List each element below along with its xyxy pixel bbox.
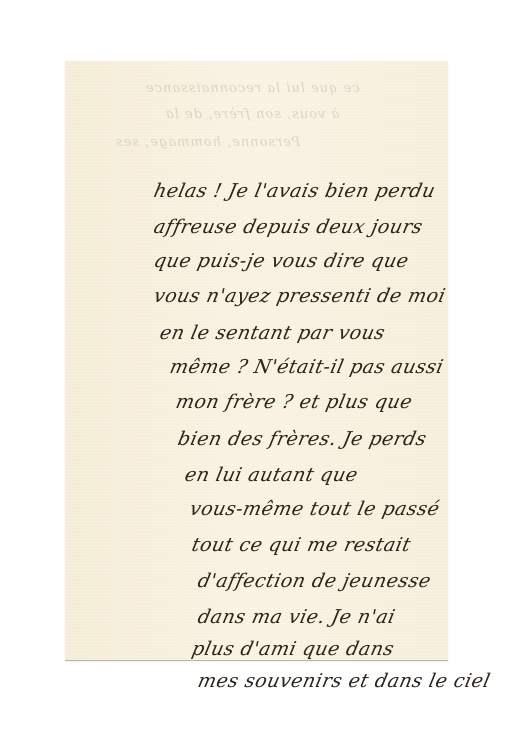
handwritten-line: d'affection de jeunesse — [196, 572, 433, 591]
handwritten-line: plus d'ami que dans — [190, 640, 396, 659]
bleed-through-text: à vous, son frère, de la — [165, 107, 339, 122]
handwritten-line: même ? N'était-il pas aussi — [168, 358, 445, 377]
handwritten-line: affreuse depuis deux jours — [152, 218, 425, 237]
handwritten-line: en le sentant par vous — [158, 324, 387, 343]
handwritten-line: mes souvenirs et dans le ciel — [196, 672, 492, 691]
handwritten-line: bien des frères. Je perds — [176, 430, 428, 449]
handwritten-line: tout ce qui me restait — [190, 536, 413, 555]
handwritten-line: mon frère ? et plus que — [174, 393, 414, 412]
handwritten-line: vous n'ayez pressenti de moi — [152, 287, 447, 306]
handwritten-line: que puis-je vous dire que — [152, 252, 410, 271]
handwritten-line: dans ma vie. Je n'ai — [196, 608, 397, 627]
bleed-through-text: ce que lui la reconnaissance — [145, 81, 360, 96]
handwritten-line: en lui autant que — [183, 466, 360, 485]
handwritten-line: helas ! Je l'avais bien perdu — [152, 182, 437, 201]
bleed-through-text: Personne, hommage, ses — [115, 135, 300, 150]
handwritten-line: vous-même tout le passé — [188, 500, 441, 519]
